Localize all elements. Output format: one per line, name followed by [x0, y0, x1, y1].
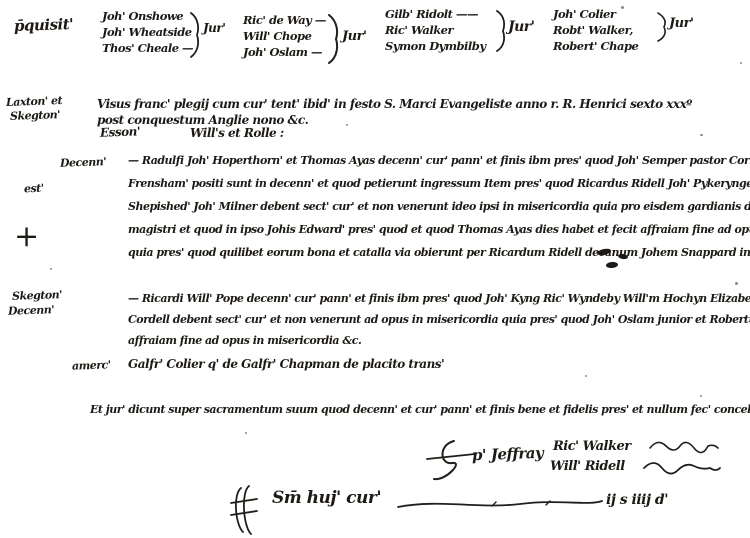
speck [245, 432, 247, 434]
jur-label: Jur' [508, 20, 534, 34]
juror-name: Joh' Oslam — [243, 44, 326, 60]
sum-amount: ij s iiij d' [606, 493, 668, 507]
jury-group-1: Joh' Onshowe Joh' Wheatside Thos' Cheale… [102, 8, 193, 56]
speck [735, 282, 738, 285]
jury-group-4: Joh' Colier Robt' Walker, Robert' Chape [553, 6, 638, 54]
juror-name: Joh' Onshowe [102, 8, 193, 24]
manuscript-page: p̄quisit' Joh' Onshowe Joh' Wheatside Th… [0, 0, 750, 538]
presentment2-margin-label-2: Decenn' [8, 304, 54, 317]
signature-right-2: Will' Ridell [550, 460, 625, 473]
signature-right-1: Ric' Walker [553, 440, 631, 453]
presentment1-line: — Radulfi Joh' Hoperthorn' et Thomas Aya… [128, 155, 750, 166]
speck [621, 6, 624, 9]
jury-margin-label: p̄quisit' [14, 17, 74, 34]
scribble-icon [648, 436, 720, 454]
presentment2-line: — Ricardi Will' Pope decenn' cur' pann' … [128, 293, 750, 304]
cross-mark-icon: + [14, 222, 39, 252]
speck [700, 395, 702, 397]
scribble-icon [642, 458, 722, 478]
juror-name: Robt' Walker, [553, 22, 638, 38]
presentment2-margin-label: Skegton' [12, 289, 62, 302]
heading-margin-place-1: Laxton' et [6, 95, 62, 108]
sum-paraph-icon [228, 484, 260, 536]
presentment2-line: affraiam fine ad opus in misericordia &c… [128, 335, 361, 346]
juror-name: Thos' Cheale — [102, 40, 193, 56]
presentment1-line: magistri et quod in ipso Johis Edward' p… [128, 224, 750, 235]
speck [346, 124, 348, 126]
jury-group-2: Ric' de Way — Will' Chope Joh' Oslam — [243, 12, 326, 60]
plea-text: Galfr' Colier q' de Galfr' Chapman de pl… [128, 358, 444, 370]
presentment2-line: Cordell debent sect' cur' et non venerun… [128, 314, 750, 325]
juror-name: Robert' Chape [553, 38, 638, 54]
plea-margin-label: amerc' [72, 359, 111, 371]
brace-icon [188, 12, 202, 58]
juror-name: Ric' Walker [385, 22, 486, 38]
sum-label: Sm̄ huj' cur' [272, 490, 381, 507]
presentment1-margin-label: Decenn' [60, 156, 106, 169]
speck [585, 375, 587, 377]
heading-line-1: Visus franc' plegij cum cur' tent' ibid'… [97, 98, 692, 110]
brace-icon [656, 12, 668, 42]
presentment1-line: Shepished' Joh' Milner debent sect' cur'… [128, 201, 750, 212]
presentment1-margin-label-2: est' [24, 183, 44, 195]
jur-label: Jur' [669, 17, 693, 30]
juror-name: Joh' Wheatside [102, 24, 193, 40]
memorandum-text: Et jur' dicunt super sacramentum suum qu… [90, 404, 750, 415]
jur-label: Jur' [342, 30, 366, 43]
essoin-text: Will's et Rolle : [190, 127, 284, 139]
ink-blob [606, 261, 618, 268]
juror-name: Joh' Colier [553, 6, 638, 22]
juror-name: Symon Dymbilby [385, 38, 486, 54]
sum-dash-icon [396, 496, 604, 512]
presentment1-line: Frensham' positi sunt in decenn' et quod… [128, 178, 750, 189]
presentment1-line: quia pres' quod quilibet eorum bona et c… [128, 247, 750, 258]
heading-margin-place-2: Skegton' [10, 109, 60, 122]
speck [740, 62, 742, 64]
speck [50, 268, 52, 270]
speck [700, 134, 703, 136]
brace-icon [494, 10, 508, 52]
brace-icon [326, 14, 340, 64]
jury-group-3: Gilb' Ridolt —— Ric' Walker Symon Dymbil… [385, 6, 486, 54]
juror-name: Will' Chope [243, 28, 326, 44]
essoin-margin-label: Esson' [100, 125, 140, 138]
signature-left: p' Jeffray [472, 446, 544, 463]
juror-name: Gilb' Ridolt —— [385, 6, 486, 22]
juror-name: Ric' de Way — [243, 12, 326, 28]
jur-label: Jur' [203, 22, 225, 34]
paraph-flourish-icon [424, 438, 478, 484]
